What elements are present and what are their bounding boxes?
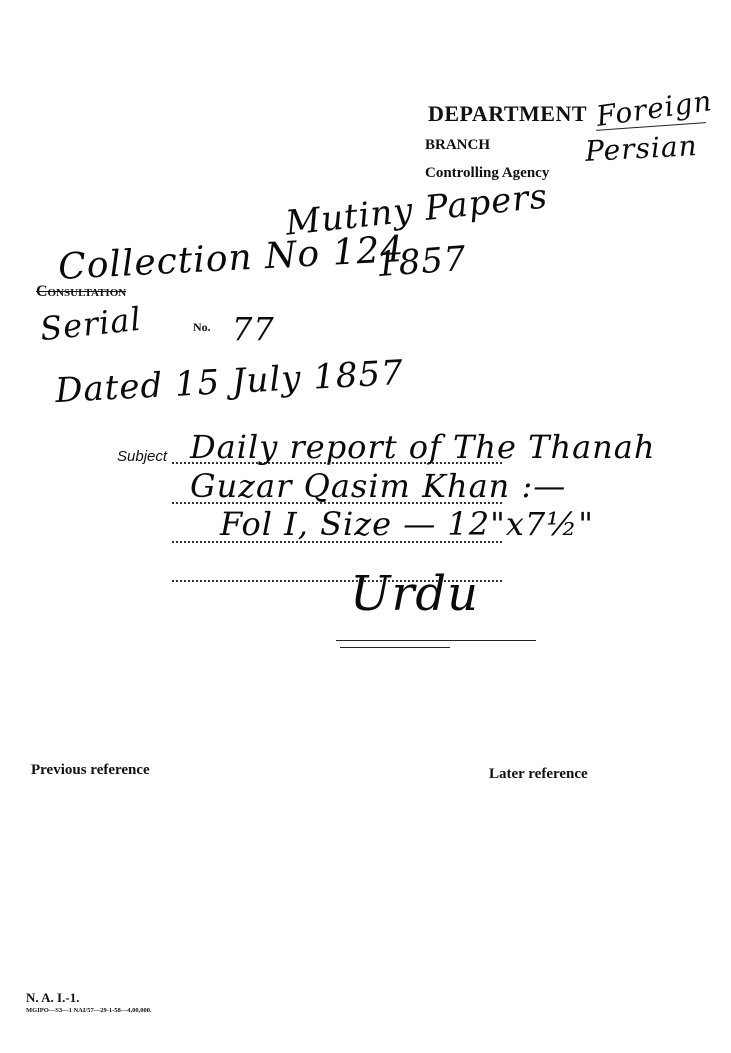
consultation-label: Consultation — [36, 283, 126, 301]
language-underline-2 — [340, 647, 450, 648]
subject-label: Subject — [117, 448, 167, 465]
department-label: DEPARTMENT — [428, 101, 587, 127]
serial-handwritten-label: Serial — [38, 300, 143, 348]
previous-reference-label: Previous reference — [31, 762, 150, 779]
form-id: N. A. I.-1. — [26, 990, 79, 1006]
language-text: Urdu — [350, 566, 479, 622]
subject-line-3: Fol I, Size — 12"x7½" — [220, 505, 594, 543]
collection-number: Collection No 124 — [57, 229, 405, 288]
serial-number: 77 — [232, 310, 275, 348]
serial-no-label: No. — [193, 320, 211, 335]
language-underline — [336, 640, 536, 641]
dated-text: Dated 15 July 1857 — [54, 353, 405, 411]
subject-line-1: Daily report of The Thanah — [190, 428, 655, 466]
print-meta: MGIPO—S3—1 NAI/57—29-1-58—4,00,000. — [26, 1007, 152, 1014]
branch-value: Persian — [584, 129, 698, 168]
branch-label: BRANCH — [425, 137, 490, 154]
later-reference-label: Later reference — [489, 766, 588, 783]
collection-year: 1857 — [375, 239, 468, 285]
subject-line-2: Guzar Qasim Khan :— — [190, 467, 566, 505]
